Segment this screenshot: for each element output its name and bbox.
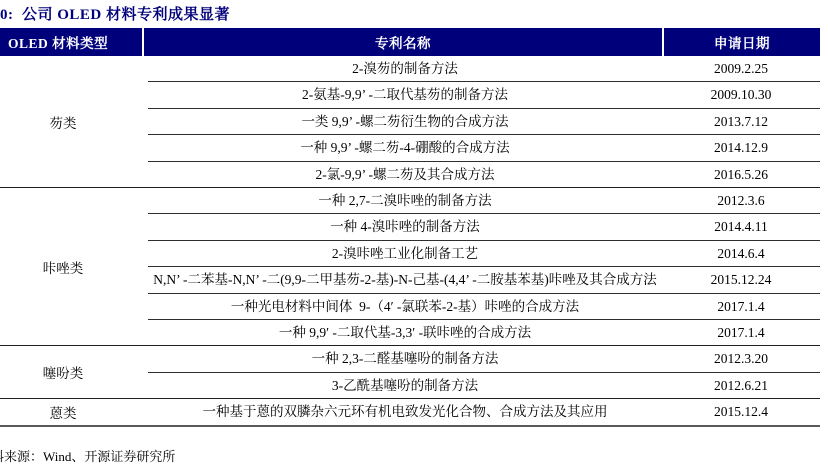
patent-name-cell: 一种 9,9′ -二取代基-3,3′ -联咔唑的合成方法: [148, 320, 662, 345]
header-cell-patent-name: 专利名称: [144, 28, 662, 56]
apply-date-cell: 2016.5.26: [662, 162, 820, 187]
apply-date-cell: 2017.1.4: [662, 320, 820, 345]
category-group: 咔唑类一种 2,7-二溴咔唑的制备方法2012.3.6一种 4-溴咔唑的制备方法…: [0, 187, 820, 345]
patent-name-cell: 2-溴芴的制备方法: [148, 56, 662, 81]
table-body: 芴类2-溴芴的制备方法2009.2.252-氨基-9,9’ -二取代基芴的制备方…: [0, 56, 820, 427]
apply-date-cell: 2012.3.6: [662, 188, 820, 213]
table-row: 一种 4-溴咔唑的制备方法2014.4.11: [148, 213, 820, 239]
table-row: 3-乙酰基噻吩的制备方法2012.6.21: [148, 372, 820, 398]
source-note: 料来源：Wind、开源证券研究所: [0, 446, 420, 470]
category-rows: 2-溴芴的制备方法2009.2.252-氨基-9,9’ -二取代基芴的制备方法2…: [148, 56, 820, 187]
apply-date-cell: 2014.12.9: [662, 135, 820, 160]
apply-date-cell: 2012.6.21: [662, 373, 820, 398]
apply-date-cell: 2012.3.20: [662, 346, 820, 371]
table-row: 一种 2,3-二醛基噻吩的制备方法2012.3.20: [148, 346, 820, 371]
patent-name-cell: 一种 2,3-二醛基噻吩的制备方法: [148, 346, 662, 371]
apply-date-cell: 2015.12.24: [662, 267, 820, 292]
table-row: 一种 9,9′ -二取代基-3,3′ -联咔唑的合成方法2017.1.4: [148, 319, 820, 345]
patent-name-cell: 2-溴咔唑工业化制备工艺: [148, 241, 662, 266]
table-row: 一种 9,9’ -螺二芴-4-硼酸的合成方法2014.12.9: [148, 134, 820, 160]
table-row: N,N’ -二苯基-N,N’ -二(9,9-二甲基芴-2-基)-N-己基-(4,…: [148, 266, 820, 292]
table-row: 2-溴咔唑工业化制备工艺2014.6.4: [148, 240, 820, 266]
apply-date-cell: 2013.7.12: [662, 109, 820, 134]
patent-name-cell: 一种 4-溴咔唑的制备方法: [148, 214, 662, 239]
table-row: 一种基于蒽的双膦杂六元环有机电致发光化合物、合成方法及其应用2015.12.4: [148, 399, 820, 424]
patent-name-cell: 一种 2,7-二溴咔唑的制备方法: [148, 188, 662, 213]
table-header: OLED 材料类型 专利名称 申请日期: [0, 28, 820, 56]
page-title: 0: 公司 OLED 材料专利成果显著: [0, 3, 230, 24]
table-row: 一种 2,7-二溴咔唑的制备方法2012.3.6: [148, 188, 820, 213]
patent-table: OLED 材料类型 专利名称 申请日期 芴类2-溴芴的制备方法2009.2.25…: [0, 28, 820, 427]
table-row: 2-氨基-9,9’ -二取代基芴的制备方法2009.10.30: [148, 81, 820, 107]
source-note-text: 料来源：Wind、开源证券研究所: [0, 446, 175, 465]
patent-name-cell: 一种基于蒽的双膦杂六元环有机电致发光化合物、合成方法及其应用: [148, 399, 662, 424]
table-row: 2-溴芴的制备方法2009.2.25: [148, 56, 820, 81]
table-row: 一类 9,9’ -螺二芴衍生物的合成方法2013.7.12: [148, 108, 820, 134]
table-row: 2-氯-9,9’ -螺二芴及其合成方法2016.5.26: [148, 161, 820, 187]
table-row: 一种光电材料中间体 9-（4′ -氯联苯-2-基）咔唑的合成方法2017.1.4: [148, 293, 820, 319]
apply-date-cell: 2014.6.4: [662, 241, 820, 266]
header-cell-material-type: OLED 材料类型: [0, 28, 142, 56]
category-label: 咔唑类: [0, 188, 148, 345]
category-group: 噻吩类一种 2,3-二醛基噻吩的制备方法2012.3.203-乙酰基噻吩的制备方…: [0, 345, 820, 398]
category-rows: 一种 2,3-二醛基噻吩的制备方法2012.3.203-乙酰基噻吩的制备方法20…: [148, 346, 820, 398]
apply-date-cell: 2014.4.11: [662, 214, 820, 239]
patent-name-cell: 2-氯-9,9’ -螺二芴及其合成方法: [148, 162, 662, 187]
category-rows: 一种基于蒽的双膦杂六元环有机电致发光化合物、合成方法及其应用2015.12.4: [148, 399, 820, 424]
patent-name-cell: N,N’ -二苯基-N,N’ -二(9,9-二甲基芴-2-基)-N-己基-(4,…: [148, 267, 662, 292]
category-group: 芴类2-溴芴的制备方法2009.2.252-氨基-9,9’ -二取代基芴的制备方…: [0, 56, 820, 187]
patent-name-cell: 2-氨基-9,9’ -二取代基芴的制备方法: [148, 82, 662, 107]
apply-date-cell: 2009.2.25: [662, 56, 820, 81]
category-rows: 一种 2,7-二溴咔唑的制备方法2012.3.6一种 4-溴咔唑的制备方法201…: [148, 188, 820, 345]
patent-name-cell: 一种光电材料中间体 9-（4′ -氯联苯-2-基）咔唑的合成方法: [148, 294, 662, 319]
category-label: 噻吩类: [0, 346, 148, 398]
apply-date-cell: 2009.10.30: [662, 82, 820, 107]
category-label: 蒽类: [0, 399, 148, 424]
category-group: 蒽类一种基于蒽的双膦杂六元环有机电致发光化合物、合成方法及其应用2015.12.…: [0, 398, 820, 424]
header-cell-apply-date: 申请日期: [664, 28, 820, 56]
category-label: 芴类: [0, 56, 148, 187]
patent-name-cell: 一类 9,9’ -螺二芴衍生物的合成方法: [148, 109, 662, 134]
apply-date-cell: 2017.1.4: [662, 294, 820, 319]
apply-date-cell: 2015.12.4: [662, 399, 820, 424]
patent-name-cell: 3-乙酰基噻吩的制备方法: [148, 373, 662, 398]
patent-name-cell: 一种 9,9’ -螺二芴-4-硼酸的合成方法: [148, 135, 662, 160]
